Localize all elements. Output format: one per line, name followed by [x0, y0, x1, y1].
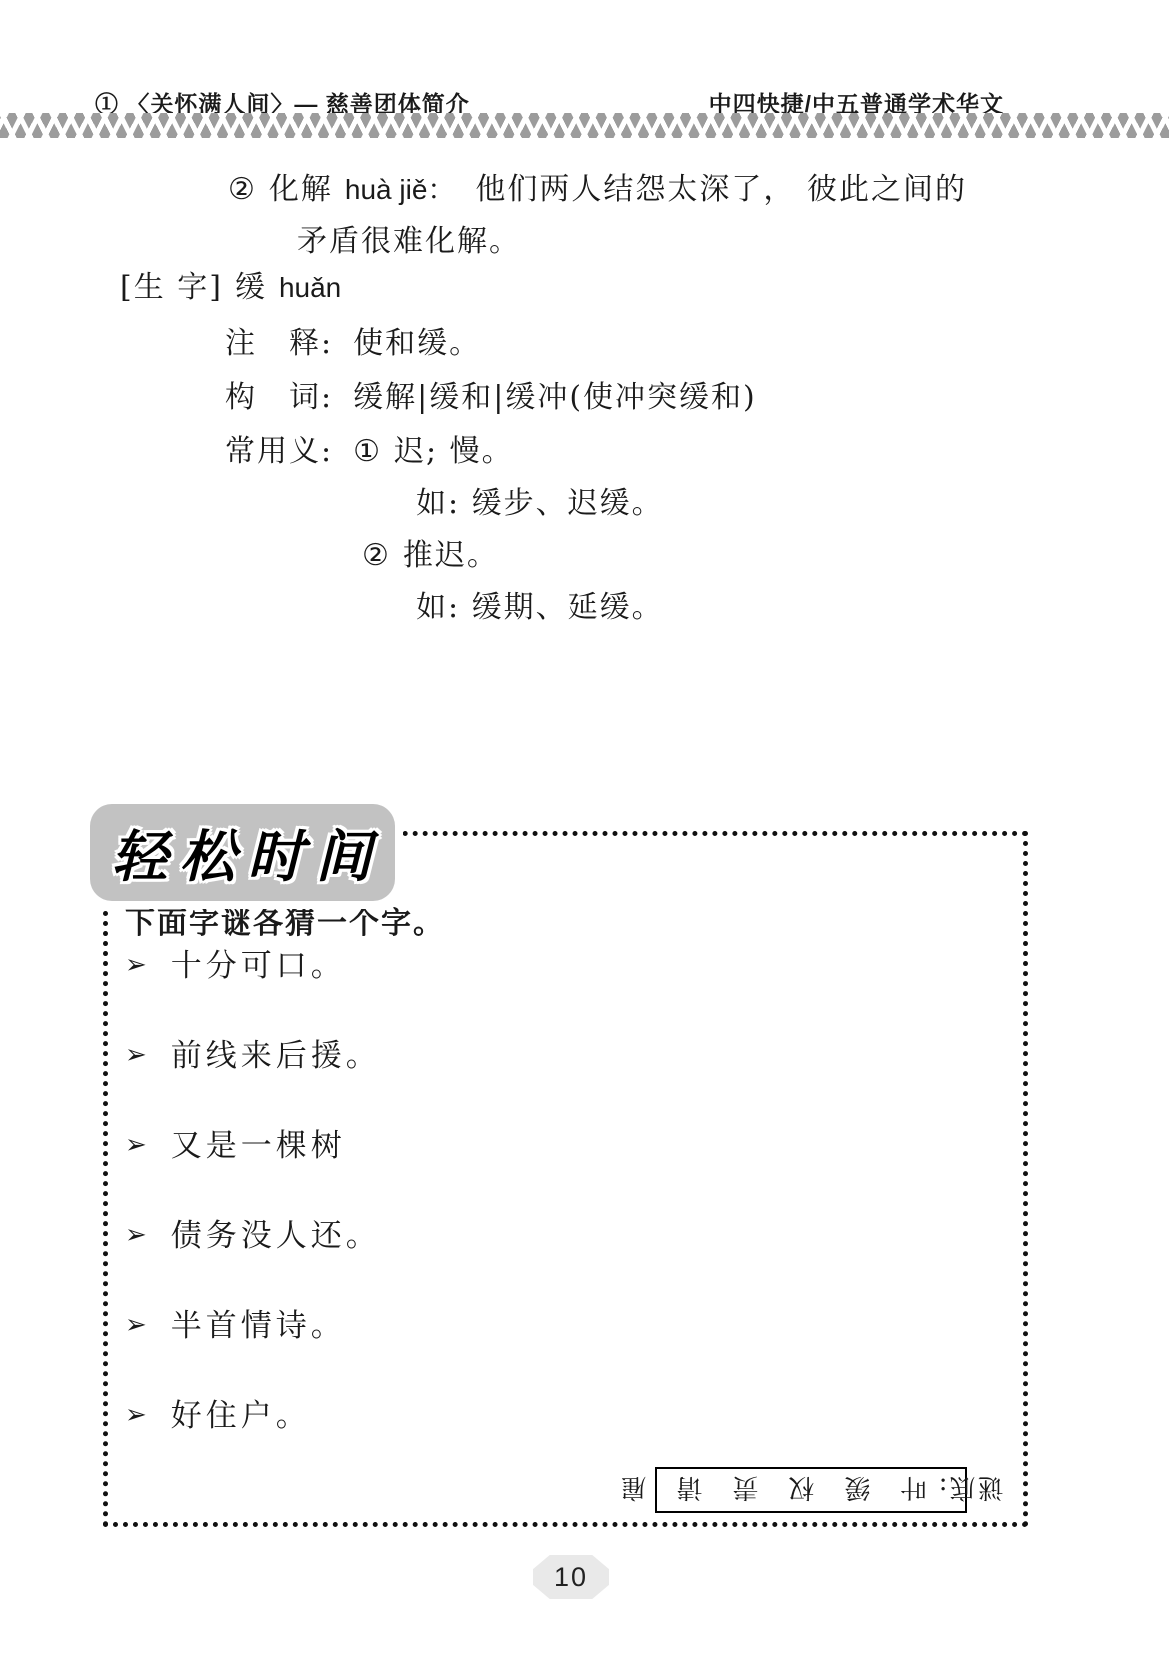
riddle-answers-upside-down: 谜底: 叶 缓 权 责 请 雇 [655, 1467, 967, 1513]
entry-huajie-line1: ②化解huà jiě：他们两人结怨太深了， 彼此之间的 [228, 164, 967, 208]
sense1-number: ① [353, 434, 382, 469]
note-label: 注 释: [225, 326, 333, 361]
entry-number: ② [228, 172, 257, 207]
arrowhead-bullet-icon: ➢ [125, 1037, 147, 1073]
compounds-label: 构 词: [225, 380, 333, 415]
riddle-answers-text: 谜底: 叶 缓 权 责 请 雇 [618, 1472, 1003, 1509]
riddle-text: 好住户。 [171, 1397, 311, 1435]
riddle-item: ➢ 好住户。 [125, 1397, 381, 1487]
entry-word: 化解 [269, 172, 333, 207]
riddle-text: 半首情诗。 [171, 1307, 346, 1345]
relax-time-title-badge: 轻松时间 [90, 804, 395, 901]
riddle-item: ➢ 债务没人还。 [125, 1217, 381, 1307]
riddle-item: ➢ 又是一棵树 [125, 1127, 381, 1217]
sense1-example: 如: 缓步、迟缓。 [416, 478, 664, 522]
riddle-item: ➢ 半首情诗。 [125, 1307, 381, 1397]
decorative-lattice-band [0, 113, 1169, 138]
sense2-number: ② [362, 538, 391, 573]
riddle-text: 十分可口。 [171, 947, 346, 985]
sense1-meaning: 迟; 慢。 [394, 434, 514, 469]
riddle-instruction: 下面字谜各猜一个字。 [125, 898, 445, 942]
vocab-sense2-row: ②推迟。 [362, 530, 499, 574]
vocab-note-row: 注 释:使和缓。 [225, 318, 481, 362]
riddle-list: ➢ 十分可口。 ➢ 前线来后援。 ➢ 又是一棵树 ➢ 债务没人还。 ➢ 半首情诗… [125, 947, 381, 1487]
vocab-word: 缓 [235, 270, 267, 305]
entry-pinyin: huà jiě： [345, 174, 456, 205]
arrowhead-bullet-icon: ➢ [125, 1307, 147, 1343]
arrowhead-bullet-icon: ➢ [125, 947, 147, 983]
riddle-text: 债务没人还。 [171, 1217, 381, 1255]
arrowhead-bullet-icon: ➢ [125, 1217, 147, 1253]
senses-label: 常用义: [225, 434, 333, 469]
riddle-text: 前线来后援。 [171, 1037, 381, 1075]
vocab-headword-line: [生 字]缓huǎn [120, 262, 341, 306]
vocab-compounds-row: 构 词:缓解|缓和|缓冲(使冲突缓和) [225, 372, 757, 416]
sense2-example: 如: 缓期、延缓。 [416, 582, 664, 626]
arrowhead-bullet-icon: ➢ [125, 1397, 147, 1433]
entry-sentence-part1: 他们两人结怨太深了， 彼此之间的 [475, 172, 967, 207]
riddle-text: 又是一棵树 [171, 1127, 346, 1165]
arrowhead-bullet-icon: ➢ [125, 1127, 147, 1163]
vocab-pinyin: huǎn [279, 272, 341, 303]
note-content: 使和缓。 [353, 326, 481, 361]
riddle-item: ➢ 前线来后援。 [125, 1037, 381, 1127]
relax-time-title: 轻松时间 [102, 813, 384, 893]
vocab-senses-row: 常用义:①迟; 慢。 [225, 426, 514, 470]
compounds-content: 缓解|缓和|缓冲(使冲突缓和) [353, 380, 757, 415]
page-number-badge: 10 [533, 1555, 609, 1599]
riddle-item: ➢ 十分可口。 [125, 947, 381, 1037]
sense2-meaning: 推迟。 [403, 538, 499, 573]
textbook-page: ① 〈关怀满人间〉— 慈善团体简介 中四快捷/中五普通学术华文 ②化解huà j… [0, 0, 1169, 1659]
entry-huajie-line2: 矛盾很难化解。 [297, 216, 521, 260]
vocab-bracket-label: [生 字] [120, 270, 223, 305]
page-number: 10 [554, 1562, 588, 1593]
